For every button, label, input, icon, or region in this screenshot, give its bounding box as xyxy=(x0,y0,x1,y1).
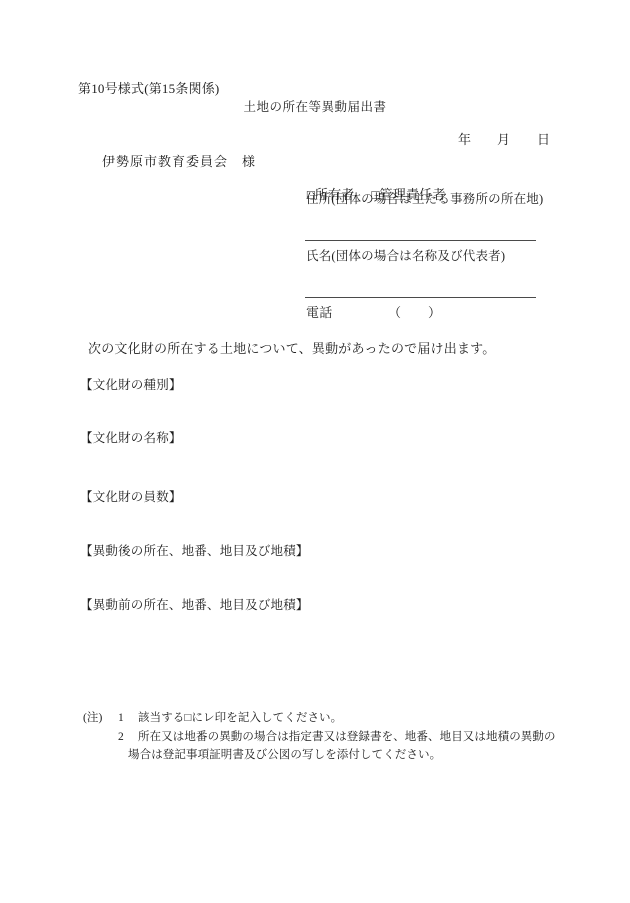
note-2-text-line1: 所在又は地番の異動の場合は指定書又は登録書を、地番、地目又は地積の異動の xyxy=(138,731,556,744)
section-label-cultural-property-name: 【文化財の名称】 xyxy=(80,431,182,445)
section-label-location-after-change: 【異動後の所在、地番、地目及び地積】 xyxy=(80,544,309,558)
date-year-label: 年 xyxy=(458,133,471,148)
section-label-location-before-change: 【異動前の所在、地番、地目及び地積】 xyxy=(80,598,309,612)
notes-label: (注) xyxy=(83,712,102,725)
phone-label: 電話 xyxy=(306,306,332,321)
name-fill-line[interactable] xyxy=(305,297,536,298)
note-1-text: 該当する□にレ印を記入してください。 xyxy=(138,712,342,725)
document-title: 土地の所在等異動届出書 xyxy=(0,100,630,114)
date-day-label: 日 xyxy=(537,133,550,148)
address-label: 住所(団体の場合は主たる事務所の所在地) xyxy=(306,192,543,206)
form-number: 第10号様式(第15条関係) xyxy=(78,82,219,97)
phone-paren-close: ） xyxy=(428,306,441,321)
date-month-label: 月 xyxy=(497,133,510,148)
section-label-cultural-property-quantity: 【文化財の員数】 xyxy=(80,490,182,504)
statement: 次の文化財の所在する土地について、異動があったので届け出ます。 xyxy=(88,342,496,357)
note-2-text-line2: 場合は登記事項証明書及び公図の写しを添付してください。 xyxy=(128,749,441,762)
note-2-number: 2 xyxy=(118,731,124,744)
section-label-cultural-property-type: 【文化財の種別】 xyxy=(80,378,182,392)
phone-paren-open: （ xyxy=(388,306,401,321)
document-page: 第10号様式(第15条関係) 土地の所在等異動届出書 年 月 日 伊勢原市教育委… xyxy=(0,0,630,903)
address-fill-line[interactable] xyxy=(305,240,536,241)
note-1-number: 1 xyxy=(118,712,124,725)
name-label: 氏名(団体の場合は名称及び代表者) xyxy=(306,249,505,263)
recipient: 伊勢原市教育委員会 様 xyxy=(102,155,256,170)
